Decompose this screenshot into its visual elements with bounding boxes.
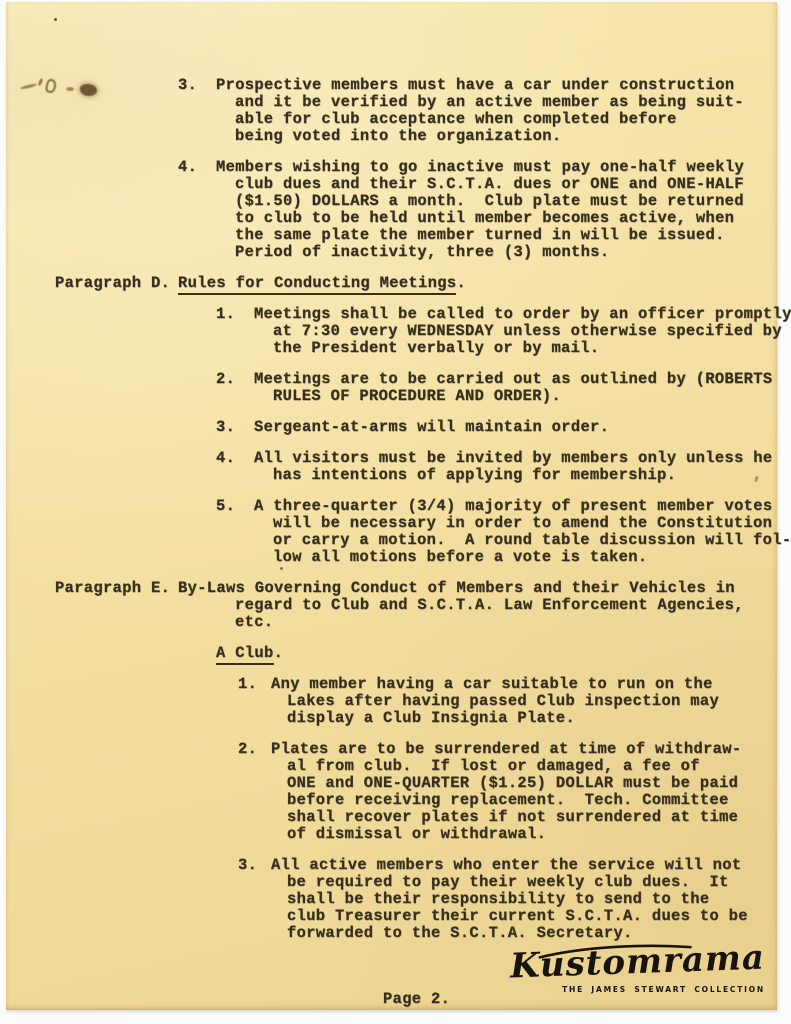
item-line: shall recover plates if not surrendered … [238,809,787,826]
item-line: 4.Members wishing to go inactive must pa… [178,159,787,176]
paragraph-d-label: Paragraph D. [55,275,170,292]
item-line: 5.A three-quarter (3/4) majority of pres… [216,498,787,515]
item-line: club Treasurer their current S.C.T.A. du… [238,908,787,925]
kustomrama-logo: Kustomrama [509,937,765,988]
item-line: will be necessary in order to amend the … [216,515,787,532]
item-line: the same plate the member turned in will… [178,227,787,244]
item-line: ONE and ONE-QUARTER ($1.25) DOLLAR must … [238,775,787,792]
item-line: 1.Meetings shall be called to order by a… [216,306,787,323]
item-line: 2.Plates are to be surrendered at time o… [238,741,787,758]
section-heading-line: By-Laws Governing Conduct of Members and… [178,580,787,597]
club-item-1: 1.Any member having a car suitable to ru… [55,676,787,727]
scanned-document: 3.Prospective members must have a car un… [0,0,791,1024]
item-text: Plates are to be surrendered at time of … [271,740,741,758]
paragraph-d-heading: Paragraph D. Rules for Conducting Meetin… [55,275,787,292]
item-line: and it be verified by an active member a… [178,94,787,111]
item-line: being voted into the organization. [178,128,787,145]
bylaw-item-3: 3.Prospective members must have a car un… [55,77,787,145]
item-line: of dismissal or withdrawal. [238,826,787,843]
item-number: 2. [216,371,254,388]
item-text: All visitors must be invited by members … [254,449,772,467]
item-line: able for club acceptance when completed … [178,111,787,128]
paragraph-e-label: Paragraph E. [55,580,170,597]
item-text: Members wishing to go inactive must pay … [216,158,744,176]
item-line: 1.Any member having a car suitable to ru… [238,676,787,693]
item-line: before receiving replacement. Tech. Comm… [238,792,787,809]
paper-speck [54,18,57,21]
item-number: 3. [178,77,216,94]
item-line: RULES OF PROCEDURE AND ORDER). [216,388,787,405]
item-line: club dues and their S.C.T.A. dues or ONE… [178,176,787,193]
item-number: 4. [216,450,254,467]
item-line: or carry a motion. A round table discuss… [216,532,787,549]
item-line: the President verbally or by mail. [216,340,787,357]
item-line: 4.All visitors must be invited by member… [216,450,787,467]
item-line: 3.All active members who enter the servi… [238,857,787,874]
d-item-5: 5.A three-quarter (3/4) majority of pres… [55,498,787,566]
item-line: 2.Meetings are to be carried out as outl… [216,371,787,388]
item-text: A three-quarter (3/4) majority of presen… [254,497,772,515]
item-number: 2. [238,741,271,758]
bylaw-item-4: 4.Members wishing to go inactive must pa… [55,159,787,261]
item-line: Period of inactivity, three (3) months. [178,244,787,261]
a-club-heading: A Club. [55,645,787,662]
item-line: be required to pay their weekly club due… [238,874,787,891]
item-number: 1. [216,306,254,323]
club-item-2: 2.Plates are to be surrendered at time o… [55,741,787,843]
item-text: Sergeant-at-arms will maintain order. [254,418,609,436]
item-line: al from club. If lost or damaged, a fee … [238,758,787,775]
d-item-1: 1.Meetings shall be called to order by a… [55,306,787,357]
paragraph-e-heading: Paragraph E. By-Laws Governing Conduct o… [55,580,787,631]
pencil-stroke [20,83,37,90]
section-heading-line: regard to Club and S.C.T.A. Law Enforcem… [178,597,787,614]
typewritten-content: 3.Prospective members must have a car un… [55,77,787,956]
item-line: ($1.50) DOLLARS a month. Club plate must… [178,193,787,210]
subsection-heading-period: . [274,644,284,662]
item-text: Meetings shall be called to order by an … [254,305,791,323]
item-number: 5. [216,498,254,515]
item-text: Any member having a car suitable to run … [271,675,713,693]
section-heading: Rules for Conducting Meetings. [178,275,787,292]
item-line: low all motions before a vote is taken. [216,549,787,566]
item-line: 3.Prospective members must have a car un… [178,77,787,94]
d-item-4: 4.All visitors must be invited by member… [55,450,787,484]
item-number: 3. [216,419,254,436]
section-heading-text: Rules for Conducting Meetings [178,274,456,295]
club-item-3: 3.All active members who enter the servi… [55,857,787,942]
item-text: Prospective members must have a car unde… [216,76,734,94]
item-number: 3. [238,857,271,874]
subsection-heading-text: A Club [216,644,274,665]
item-text: Meetings are to be carried out as outlin… [254,370,772,388]
section-heading-line: etc. [178,614,787,631]
d-item-2: 2.Meetings are to be carried out as outl… [55,371,787,405]
item-line: at 7:30 every WEDNESDAY unless otherwise… [216,323,787,340]
item-line: 3.Sergeant-at-arms will maintain order. [216,419,787,436]
item-number: 1. [238,676,271,693]
item-line: shall be their responsibility to send to… [238,891,787,908]
item-number: 4. [178,159,216,176]
subsection-heading: A Club. [216,645,787,662]
item-line: has intentions of applying for membershi… [216,467,787,484]
section-heading-period: . [456,274,466,292]
item-text: All active members who enter the service… [271,856,741,874]
collection-caption: THE JAMES STEWART COLLECTION [510,985,765,994]
d-item-3: 3.Sergeant-at-arms will maintain order. [55,419,787,436]
kustomrama-watermark: Kustomrama THE JAMES STEWART COLLECTION [510,941,765,994]
pencil-stroke [38,78,44,87]
page-number: Page 2. [383,991,450,1008]
item-line: Lakes after having passed Club inspectio… [238,693,787,710]
item-line: display a Club Insignia Plate. [238,710,787,727]
item-line: to club to be held until member becomes … [178,210,787,227]
